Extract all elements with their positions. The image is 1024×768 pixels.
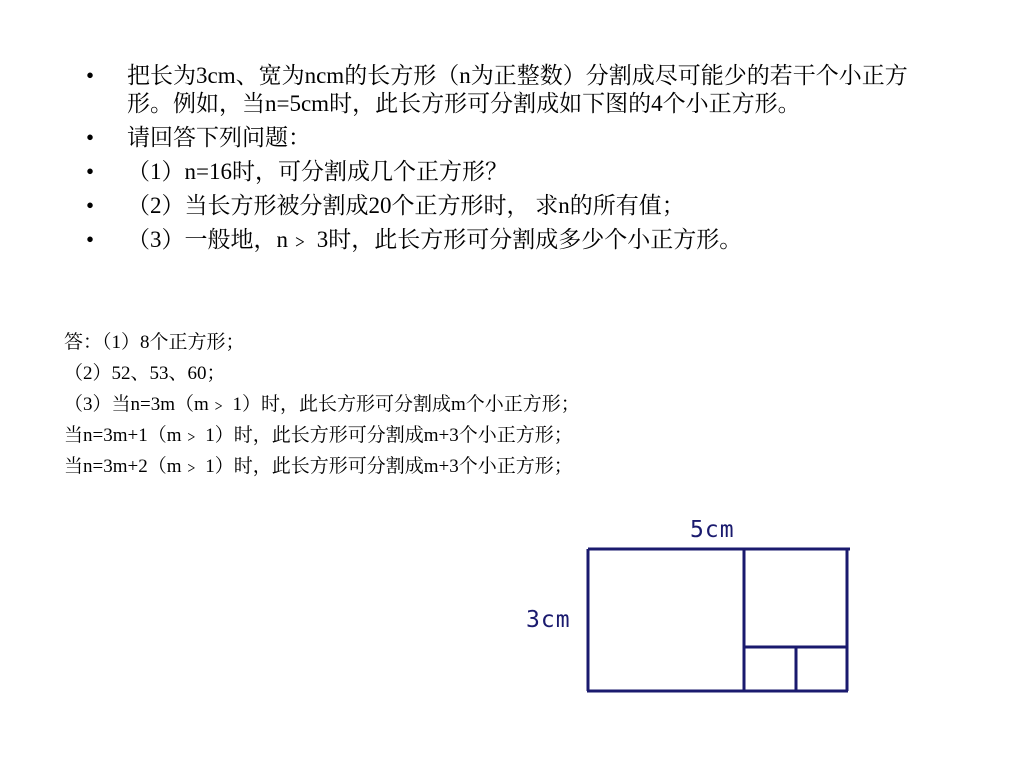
bullet-item: •把长为3cm、宽为ncm的长方形（n为正整数）分割成尽可能少的若干个小正方形。… [86, 62, 926, 118]
bullet-icon: • [86, 192, 100, 220]
bullet-icon: • [86, 158, 100, 186]
bullet-icon: • [86, 62, 100, 90]
bullet-text: 请回答下列问题： [127, 125, 311, 150]
answer-line: 当n=3m+2（m﹥ 1）时，此长方形可分割成m+3个小正方形； [64, 451, 580, 482]
bullet-item: •（1）n=16时，可分割成几个正方形？ [86, 158, 926, 186]
bullet-text: 把长为3cm、宽为ncm的长方形（n为正整数）分割成尽可能少的若干个小正方形。例… [127, 63, 908, 116]
answer-block: 答：（1）8个正方形； （2）52、53、60； （3）当n=3m（m﹥ 1）时… [64, 327, 580, 482]
bullet-item: •（3）一般地，n﹥ 3时，此长方形可分割成多少个小正方形。 [86, 226, 926, 254]
answer-line: 当n=3m+1（m﹥ 1）时，此长方形可分割成m+3个小正方形； [64, 420, 580, 451]
bullet-icon: • [86, 226, 100, 254]
bullet-text: （2）当长方形被分割成20个正方形时， 求n的所有值； [127, 193, 685, 218]
answer-line: 答：（1）8个正方形； [64, 327, 580, 358]
bullet-text: （1）n=16时，可分割成几个正方形？ [127, 159, 508, 184]
bullet-item: •请回答下列问题： [86, 124, 926, 152]
bullet-text: （3）一般地，n﹥ 3时，此长方形可分割成多少个小正方形。 [127, 227, 742, 252]
answer-line: （3）当n=3m（m﹥ 1）时，此长方形可分割成m个小正方形； [64, 389, 580, 420]
bullet-icon: • [86, 124, 100, 152]
question-list: •把长为3cm、宽为ncm的长方形（n为正整数）分割成尽可能少的若干个小正方形。… [86, 62, 926, 260]
answer-line: （2）52、53、60； [64, 358, 580, 389]
bullet-item: •（2）当长方形被分割成20个正方形时， 求n的所有值； [86, 192, 926, 220]
rectangle-diagram: 5cm 3cm [520, 515, 860, 700]
squares-figure [520, 515, 860, 700]
